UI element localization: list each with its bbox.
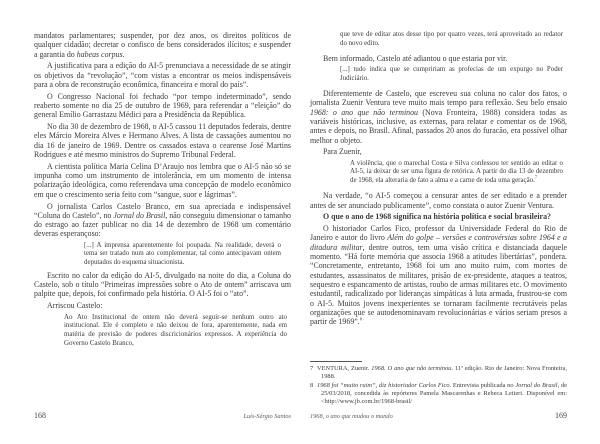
blockquote: [...] A imprensa aparentemente foi poupa… [84,242,281,268]
page-number-left: 168 [34,411,46,420]
footnote-marker: 8 [360,317,362,322]
footer-left: 168 Luís-Sérgio Santos [34,411,291,420]
paragraph: mandatos parlamentares; suspender, por d… [34,31,291,59]
quote-text: A violência, que o marechal Costa e Silv… [350,160,563,184]
paragraph: O historiador Carlos Fico, professor da … [310,224,567,326]
footnote: 7VENTURA, Zuenir. 1968. O ano que não te… [310,365,567,381]
paragraph: O Congresso Nacional foi fechado “por te… [34,92,291,120]
footer-right: 1968, o ano que mudou o mundo 169 [310,411,567,420]
italic-journal-title: Jornal do Brasil [515,382,557,389]
paragraph: No dia 30 de dezembro de 1968, o AI-5 ca… [34,122,291,159]
footnote-text: . Entrevista publicada no [450,382,516,389]
paragraph-text: . [123,50,125,59]
paragraph: A cientista política Maria Celina D’Arau… [34,162,291,199]
paragraph-text: Diferentemente de Castelo, que escreveu … [310,89,567,107]
blockquote: A violência, que o marechal Costa e Silv… [350,160,563,186]
paragraph: Para Zuenir, [310,147,567,156]
footnote-number: 7 [310,365,317,373]
paragraph: Bem informado, Castelo até adiantou o qu… [310,54,567,63]
paragraph: Na verdade, “o AI-5 começou a censurar a… [310,191,567,210]
paragraph: Arriscou Castelo: [34,301,291,310]
footnote: 81968 foi “muito ruim”, diz historiador … [310,382,567,406]
footnote-number: 8 [310,382,317,390]
footnote-marker: 7 [535,175,537,180]
blockquote: [...] tudo indica que se cumpririam as p… [340,66,563,83]
blockquote: que teve de editar atos desse tipo por q… [340,31,563,48]
footnote-text: VENTURA, Zuenir. [317,365,371,372]
footnotes-block: 7VENTURA, Zuenir. 1968. O ano que não te… [310,359,567,407]
italic-article-title: 1968 foi “muito ruim”, diz historiador C… [317,382,450,389]
blockquote: Ao Ato Institucional de ontem não deverá… [64,314,287,349]
paragraph: A justificativa para a edição do AI-5 pr… [34,61,291,89]
italic-journal-title: Jornal do Brasil [113,211,165,220]
book-spread: mandatos parlamentares; suspender, por d… [0,0,600,444]
paragraph: Escrito no calor da edição do AI-5, divu… [34,271,291,299]
page-number-right: 169 [555,411,567,420]
paragraph: Diferentemente de Castelo, que escreveu … [310,89,567,145]
paragraph: O jornalista Carlos Castelo Branco, em s… [34,202,291,239]
paragraph-text: , dentre outros, tem uma visão crítica e… [310,243,567,326]
paragraph-text: mandatos parlamentares; suspender, por d… [34,31,291,59]
italic-term: habeas corpus [77,50,123,59]
running-author: Luís-Sérgio Santos [243,413,291,420]
italic-book-title: 1968: o ano que não terminou [310,108,418,117]
page-right: que teve de editar atos desse tipo por q… [310,31,567,407]
footnote-separator-rule [310,361,362,362]
page-left: mandatos parlamentares; suspender, por d… [34,31,291,407]
running-title: 1968, o ano que mudou o mundo [310,413,393,420]
interview-question: O que o ano de 1968 significa na históri… [310,212,567,221]
italic-book-title: 1968. O ano que não terminou [371,365,451,372]
